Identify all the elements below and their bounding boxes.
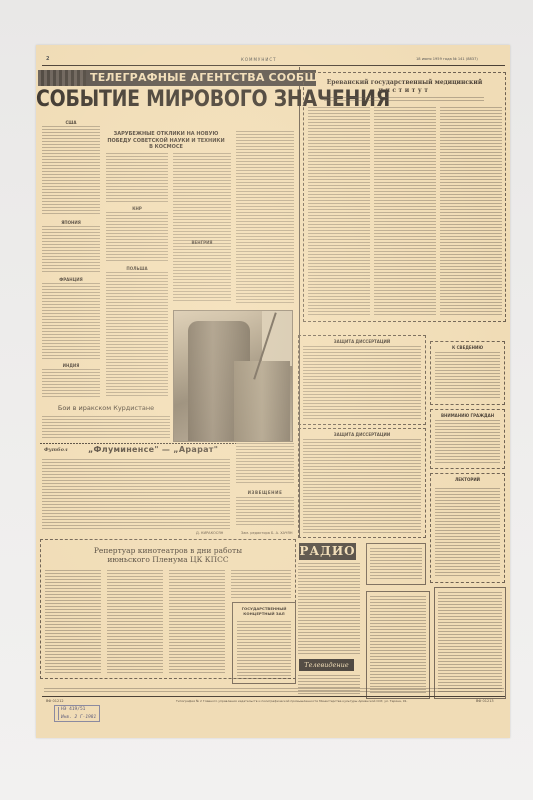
lecture-title: ЛЕКТОРИЙ [431, 477, 504, 482]
stamp-line-1: НЭ 419/51 [61, 706, 99, 714]
dissertation-text [303, 346, 421, 420]
announcement-title: К СВЕДЕНИЮ [431, 345, 504, 350]
stamp-line-2: Инв. 2 Г-1981 [61, 714, 99, 722]
article-text [173, 153, 231, 303]
listing-column [107, 570, 163, 674]
dateline-india: ИНДИЯ [46, 363, 96, 368]
listing-column [231, 570, 291, 600]
attention-title: ВНИМАНИЮ ГРАЖДАН [431, 413, 504, 418]
concert-hall-title: ГОСУДАРСТВЕННЫЙ КОНЦЕРТНЫЙ ЗАЛ [235, 606, 293, 616]
dateline-poland: ПОЛЬША [108, 266, 166, 271]
page-number: 2 [46, 56, 49, 62]
archive-stamp: НЭ 419/51 Инв. 2 Г-1981 [54, 705, 100, 722]
author-signature: Д. КИРАКОСЯН [196, 531, 223, 535]
dateline-hungary: ВЕНГРИЯ [175, 240, 229, 245]
lecture-text [435, 488, 500, 578]
photo-caption-text [236, 443, 294, 483]
institute-box: Ереванский государственный медицинский и… [303, 72, 506, 322]
issue-line: 18 июня 1959 года № 141 (8837) [416, 57, 478, 61]
cinema-headline-1: Репертуар кинотеатров в дни работы [41, 546, 295, 555]
radio-logo: РАДИО [299, 543, 356, 560]
dissertation-title-1: ЗАЩИТА ДИССЕРТАЦИЙ [299, 339, 425, 344]
listing-column [45, 570, 101, 674]
kurdistan-headline: Бои в иракском Курдистане [42, 405, 170, 412]
institute-text [308, 107, 370, 317]
subheadline: ЗАРУБЕЖНЫЕ ОТКЛИКИ НА НОВУЮ ПОБЕДУ СОВЕТ… [106, 131, 226, 151]
notice-text [438, 592, 502, 694]
notice-text [370, 596, 426, 694]
notice-text [370, 548, 422, 580]
small-notice-box [366, 543, 426, 585]
cinema-headline-2: июньского Пленума ЦК КПСС [41, 555, 295, 564]
article-text [236, 497, 294, 527]
tirazh: ВФ 01213 [476, 699, 494, 703]
footer-address [44, 688, 504, 694]
football-headline: „Флуминенсе" — „Арарат" [88, 445, 218, 454]
article-text [42, 226, 100, 272]
editor-line: Зам. редактора Б. А. ХАЧЯН [241, 531, 292, 535]
football-label: Футбол [44, 447, 68, 453]
dateline-china: КНР [108, 206, 166, 211]
article-text [106, 212, 168, 262]
institute-text [440, 107, 502, 317]
article-text [42, 369, 100, 397]
article-text [42, 459, 230, 529]
newspaper-page: 2 КОММУНИСТ 18 июня 1959 года № 141 (883… [36, 45, 510, 738]
masthead: КОММУНИСТ [241, 57, 277, 62]
footer-rule [42, 696, 505, 697]
institute-title-1: Ереванский государственный медицинский [304, 79, 505, 86]
attention-box: ВНИМАНИЮ ГРАЖДАН [430, 409, 505, 469]
dateline-usa: США [46, 120, 96, 125]
dissertation-title-2: ЗАЩИТА ДИССЕРТАЦИИ [299, 432, 425, 437]
notices-column-box-2 [434, 587, 506, 699]
announcement-box: К СВЕДЕНИЮ [430, 341, 505, 405]
dateline-france: ФРАНЦИЯ [46, 277, 96, 282]
article-text [106, 272, 168, 397]
dateline-japan: ЯПОНИЯ [46, 220, 96, 225]
section-banner: ТЕЛЕГРАФНЫЕ АГЕНТСТВА СООБЩАЮТ: [38, 70, 316, 86]
article-text [42, 283, 100, 361]
dissertation-text [303, 439, 421, 533]
article-text [106, 153, 168, 203]
order-code: ВФ 01212 [46, 699, 64, 703]
institute-title-2: институт [304, 87, 505, 94]
dissertation-box-1: ЗАЩИТА ДИССЕРТАЦИЙ [298, 335, 426, 425]
masthead-rule [42, 65, 505, 66]
article-text [42, 416, 170, 438]
correction-title: ИЗВЕЩЕНИЕ [236, 490, 294, 495]
notices-column-box [366, 591, 430, 699]
institute-intro [324, 97, 484, 103]
radio-program [298, 563, 360, 655]
tv-logo: Телевидение [299, 659, 354, 671]
attention-text [435, 420, 500, 464]
concert-hall-box: ГОСУДАРСТВЕННЫЙ КОНЦЕРТНЫЙ ЗАЛ [232, 602, 296, 684]
photo-blast-furnace [173, 310, 293, 442]
dotted-rule [40, 443, 236, 444]
lecture-box: ЛЕКТОРИЙ [430, 473, 505, 583]
announcement-text [435, 352, 500, 400]
article-text [42, 126, 100, 216]
listing-column [169, 570, 225, 674]
concert-text [237, 621, 291, 679]
dissertation-box-2: ЗАЩИТА ДИССЕРТАЦИИ [298, 428, 426, 538]
main-headline: СОБЫТИЕ МИРОВОГО ЗНАЧЕНИЯ [36, 87, 280, 113]
institute-text [374, 107, 436, 317]
article-text [236, 131, 294, 303]
printing-line: Типография № 2 Главного управления издат… [176, 699, 407, 702]
